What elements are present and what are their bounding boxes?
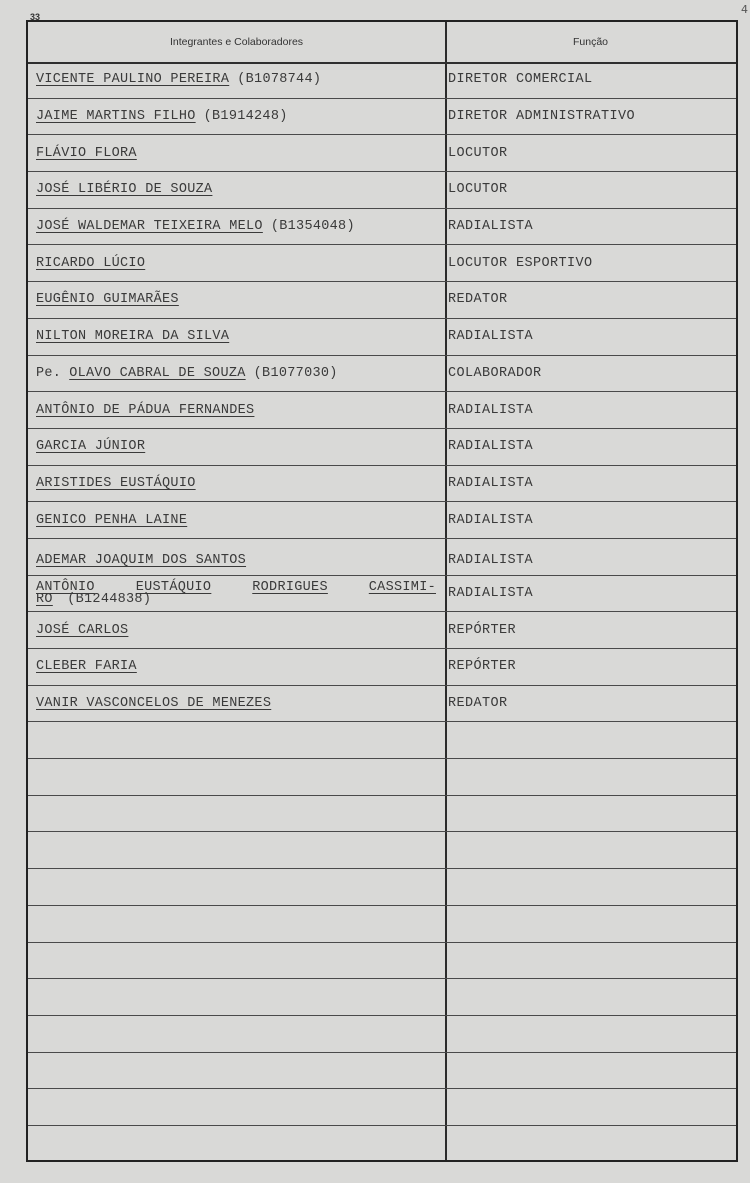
table-row: JOSÉ LIBÉRIO DE SOUZA LOCUTOR	[28, 172, 736, 209]
member-name: JOSÉ CARLOS	[36, 623, 128, 638]
member-name-cell: GARCIA JÚNIOR	[28, 429, 445, 465]
empty-name-cell	[28, 1089, 445, 1125]
member-name: NILTON MOREIRA DA SILVA	[36, 329, 229, 344]
empty-table-row	[28, 1089, 736, 1126]
page-number: 4	[741, 3, 748, 16]
member-name-cell: ADEMAR JOAQUIM DOS SANTOS	[28, 539, 445, 575]
empty-name-cell	[28, 869, 445, 905]
empty-table-row	[28, 832, 736, 869]
empty-role-cell	[445, 869, 736, 905]
member-role: REDATOR	[445, 282, 736, 318]
member-role: RADIALISTA	[445, 576, 736, 612]
empty-role-cell	[445, 943, 736, 979]
member-name: GARCIA JÚNIOR	[36, 439, 145, 454]
member-name-cell: ARISTIDES EUSTÁQUIO	[28, 466, 445, 502]
empty-role-cell	[445, 979, 736, 1015]
member-role: RADIALISTA	[445, 502, 736, 538]
empty-table-row	[28, 906, 736, 943]
member-role: RADIALISTA	[445, 209, 736, 245]
member-name-cell: GENICO PENHA LAINE	[28, 502, 445, 538]
table-row: VICENTE PAULINO PEREIRA (B1078744) DIRET…	[28, 62, 736, 99]
member-name: VANIR VASCONCELOS DE MENEZES	[36, 696, 271, 711]
table-row: NILTON MOREIRA DA SILVA RADIALISTA	[28, 319, 736, 356]
member-title-prefix: Pe.	[36, 366, 61, 381]
empty-table-row	[28, 722, 736, 759]
member-id: (B1244838)	[67, 592, 151, 607]
empty-name-cell	[28, 832, 445, 868]
member-role: COLABORADOR	[445, 356, 736, 392]
empty-name-cell	[28, 1016, 445, 1052]
header-members: Integrantes e Colaboradores	[28, 22, 445, 62]
table-body: VICENTE PAULINO PEREIRA (B1078744) DIRET…	[28, 62, 736, 1163]
member-role: DIRETOR COMERCIAL	[445, 62, 736, 98]
member-role: LOCUTOR	[445, 135, 736, 171]
member-role: RADIALISTA	[445, 429, 736, 465]
member-role: RADIALISTA	[445, 392, 736, 428]
empty-table-row	[28, 1016, 736, 1053]
member-name-cell: JOSÉ CARLOS	[28, 612, 445, 648]
member-name: ANTÔNIO DE PÁDUA FERNANDES	[36, 403, 254, 418]
member-name-cell: JOSÉ WALDEMAR TEIXEIRA MELO (B1354048)	[28, 209, 445, 245]
table-row: ADEMAR JOAQUIM DOS SANTOS RADIALISTA	[28, 539, 736, 576]
member-role: REPÓRTER	[445, 649, 736, 685]
member-name-word: RODRIGUES	[252, 582, 328, 594]
member-name-line2: RO (B1244838)	[36, 594, 151, 606]
member-name-word: RO	[36, 592, 53, 607]
header-role: Função	[445, 22, 736, 62]
member-name-cell: ANTÔNIO EUSTÁQUIO RODRIGUES CASSIMI- RO …	[28, 576, 445, 612]
empty-name-cell	[28, 906, 445, 942]
table-row: GENICO PENHA LAINE RADIALISTA	[28, 502, 736, 539]
member-name: RICARDO LÚCIO	[36, 256, 145, 271]
empty-table-row	[28, 796, 736, 833]
member-id: (B1077030)	[254, 366, 338, 381]
empty-table-row	[28, 1053, 736, 1090]
member-name: VICENTE PAULINO PEREIRA	[36, 72, 229, 87]
empty-table-row	[28, 1126, 736, 1163]
table-row: JAIME MARTINS FILHO (B1914248) DIRETOR A…	[28, 99, 736, 136]
member-name: GENICO PENHA LAINE	[36, 513, 187, 528]
member-name: FLÁVIO FLORA	[36, 146, 137, 161]
table-header: Integrantes e Colaboradores Função	[28, 22, 736, 64]
member-name: JAIME MARTINS FILHO	[36, 109, 196, 124]
empty-role-cell	[445, 1126, 736, 1163]
empty-role-cell	[445, 1053, 736, 1089]
member-role: RADIALISTA	[445, 466, 736, 502]
member-name: JOSÉ WALDEMAR TEIXEIRA MELO	[36, 219, 263, 234]
member-role: REPÓRTER	[445, 612, 736, 648]
empty-name-cell	[28, 1126, 445, 1163]
member-name-cell: Pe. OLAVO CABRAL DE SOUZA (B1077030)	[28, 356, 445, 392]
empty-role-cell	[445, 722, 736, 758]
member-role: LOCUTOR ESPORTIVO	[445, 245, 736, 281]
empty-table-row	[28, 943, 736, 980]
member-name: JOSÉ LIBÉRIO DE SOUZA	[36, 182, 212, 197]
table-row: ANTÔNIO EUSTÁQUIO RODRIGUES CASSIMI- RO …	[28, 576, 736, 613]
table-row: GARCIA JÚNIOR RADIALISTA	[28, 429, 736, 466]
table-row: RICARDO LÚCIO LOCUTOR ESPORTIVO	[28, 245, 736, 282]
member-name: EUGÊNIO GUIMARÃES	[36, 292, 179, 307]
member-id: (B1354048)	[271, 219, 355, 234]
member-id: (B1914248)	[204, 109, 288, 124]
table-row: ARISTIDES EUSTÁQUIO RADIALISTA	[28, 466, 736, 503]
empty-role-cell	[445, 1016, 736, 1052]
member-name-cell: ANTÔNIO DE PÁDUA FERNANDES	[28, 392, 445, 428]
member-name-cell: NILTON MOREIRA DA SILVA	[28, 319, 445, 355]
empty-role-cell	[445, 1089, 736, 1125]
staff-table: Integrantes e Colaboradores Função VICEN…	[26, 20, 738, 1162]
member-role: DIRETOR ADMINISTRATIVO	[445, 99, 736, 135]
member-role: RADIALISTA	[445, 539, 736, 575]
empty-table-row	[28, 979, 736, 1016]
empty-role-cell	[445, 906, 736, 942]
member-role: LOCUTOR	[445, 172, 736, 208]
table-row: EUGÊNIO GUIMARÃES REDATOR	[28, 282, 736, 319]
empty-name-cell	[28, 1053, 445, 1089]
member-name: OLAVO CABRAL DE SOUZA	[69, 366, 245, 381]
member-role: REDATOR	[445, 686, 736, 722]
member-name-cell: FLÁVIO FLORA	[28, 135, 445, 171]
table-row: CLEBER FARIA REPÓRTER	[28, 649, 736, 686]
member-name: CLEBER FARIA	[36, 659, 137, 674]
empty-role-cell	[445, 832, 736, 868]
table-row: ANTÔNIO DE PÁDUA FERNANDES RADIALISTA	[28, 392, 736, 429]
empty-role-cell	[445, 759, 736, 795]
member-name-cell: JAIME MARTINS FILHO (B1914248)	[28, 99, 445, 135]
member-name-cell: RICARDO LÚCIO	[28, 245, 445, 281]
member-id: (B1078744)	[237, 72, 321, 87]
member-name-cell: JOSÉ LIBÉRIO DE SOUZA	[28, 172, 445, 208]
member-name: ARISTIDES EUSTÁQUIO	[36, 476, 196, 491]
member-name: ADEMAR JOAQUIM DOS SANTOS	[36, 553, 246, 568]
member-name-cell: VICENTE PAULINO PEREIRA (B1078744)	[28, 62, 445, 98]
empty-role-cell	[445, 796, 736, 832]
empty-name-cell	[28, 722, 445, 758]
table-row: JOSÉ WALDEMAR TEIXEIRA MELO (B1354048) R…	[28, 209, 736, 246]
table-row: VANIR VASCONCELOS DE MENEZES REDATOR	[28, 686, 736, 723]
member-name-word: CASSIMI-	[369, 582, 436, 594]
empty-name-cell	[28, 943, 445, 979]
empty-table-row	[28, 869, 736, 906]
member-role: RADIALISTA	[445, 319, 736, 355]
empty-name-cell	[28, 759, 445, 795]
table-row: Pe. OLAVO CABRAL DE SOUZA (B1077030) COL…	[28, 356, 736, 393]
member-name-cell: CLEBER FARIA	[28, 649, 445, 685]
table-row: FLÁVIO FLORA LOCUTOR	[28, 135, 736, 172]
empty-name-cell	[28, 979, 445, 1015]
member-name-cell: VANIR VASCONCELOS DE MENEZES	[28, 686, 445, 722]
member-name-cell: EUGÊNIO GUIMARÃES	[28, 282, 445, 318]
table-row: JOSÉ CARLOS REPÓRTER	[28, 612, 736, 649]
empty-table-row	[28, 759, 736, 796]
empty-name-cell	[28, 796, 445, 832]
